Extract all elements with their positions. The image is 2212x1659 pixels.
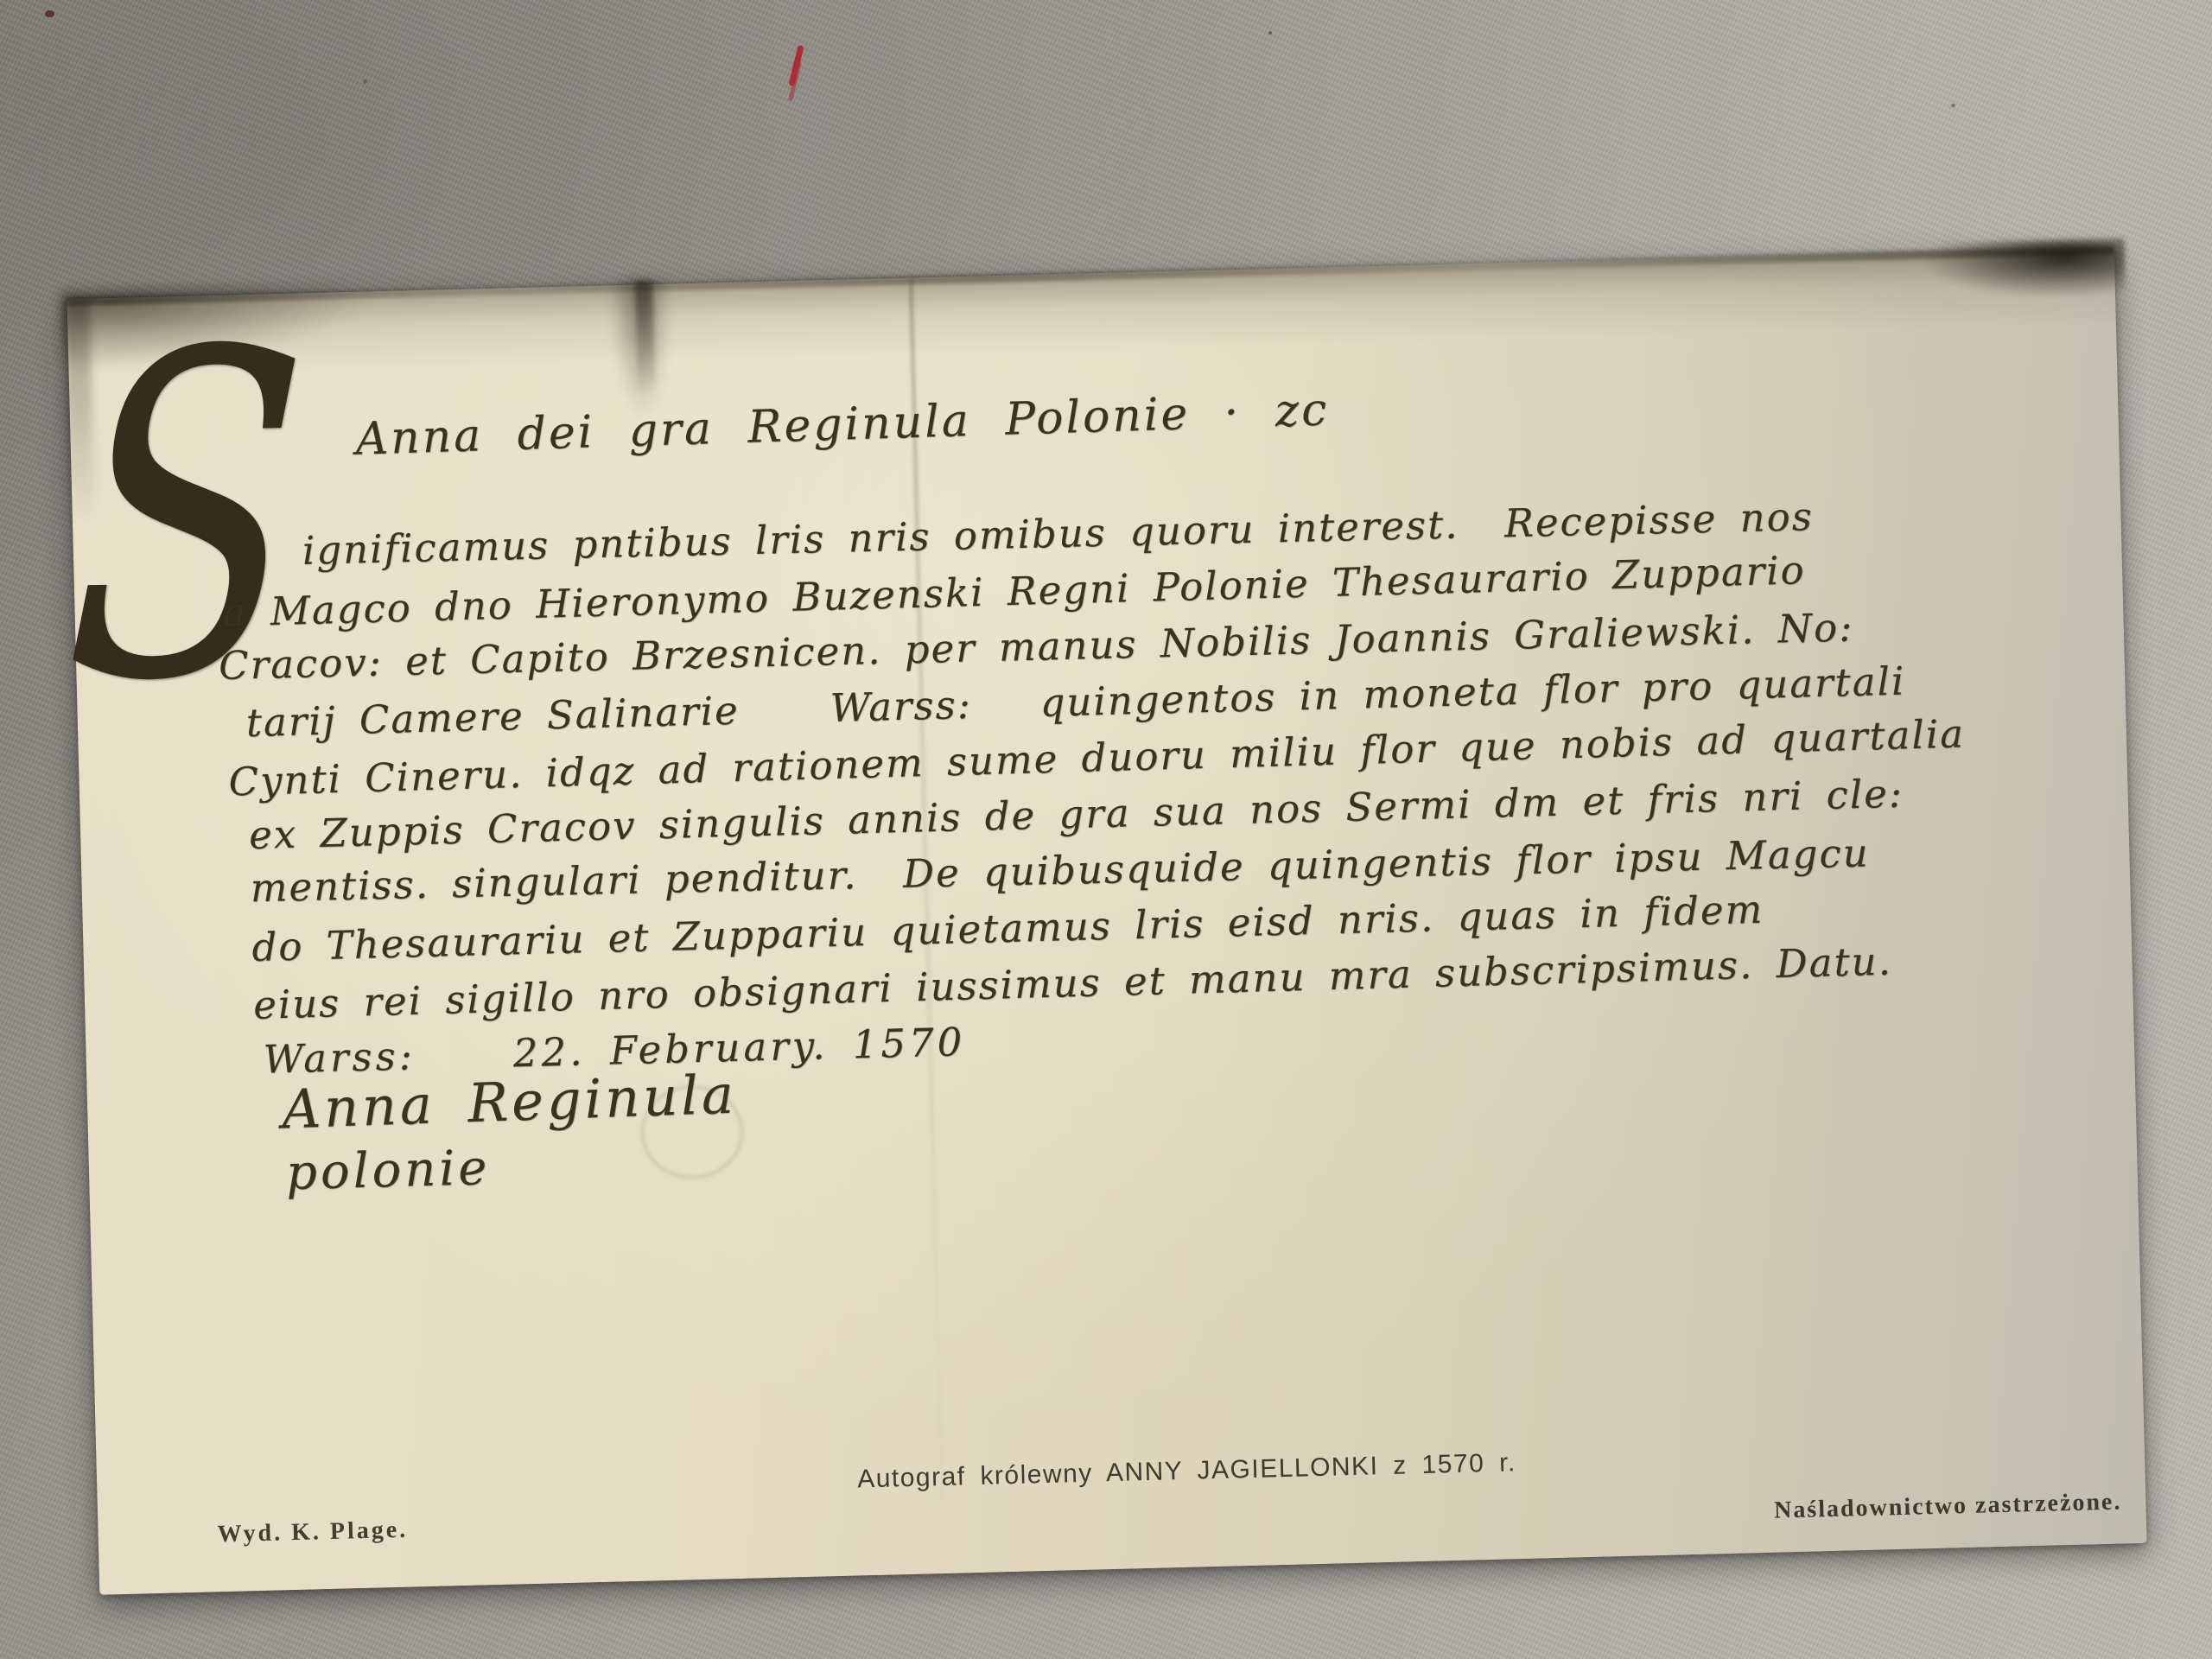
dark-speck bbox=[363, 79, 367, 84]
toner-smudge-top-right bbox=[1925, 238, 2126, 301]
red-fibre-speck bbox=[788, 45, 804, 86]
manuscript-heading: Anna dei gra Reginula Polonie · zc bbox=[355, 384, 1330, 465]
photo-background: S Anna dei gra Reginula Polonie · zc ign… bbox=[0, 0, 2212, 1659]
toner-smudge-top-edge bbox=[67, 245, 2113, 306]
dark-speck bbox=[1951, 104, 1955, 107]
toner-streak-middle-core bbox=[635, 281, 655, 393]
dark-speck bbox=[1268, 31, 1272, 35]
manuscript-body: ignificamus pntibus lris nris omibus quo… bbox=[215, 480, 2104, 1089]
printed-caption: Autograf królewny ANNY JAGIELLONKI z 157… bbox=[857, 1448, 1516, 1494]
signature-polonie: polonie bbox=[285, 1140, 491, 1201]
printed-rights-notice: Naśladownictwo zastrzeżone. bbox=[1774, 1489, 2122, 1525]
dark-speck bbox=[45, 10, 54, 17]
facsimile-card: S Anna dei gra Reginula Polonie · zc ign… bbox=[67, 247, 2146, 1594]
printed-publisher-mark: Wyd. K. Plage. bbox=[217, 1516, 408, 1549]
